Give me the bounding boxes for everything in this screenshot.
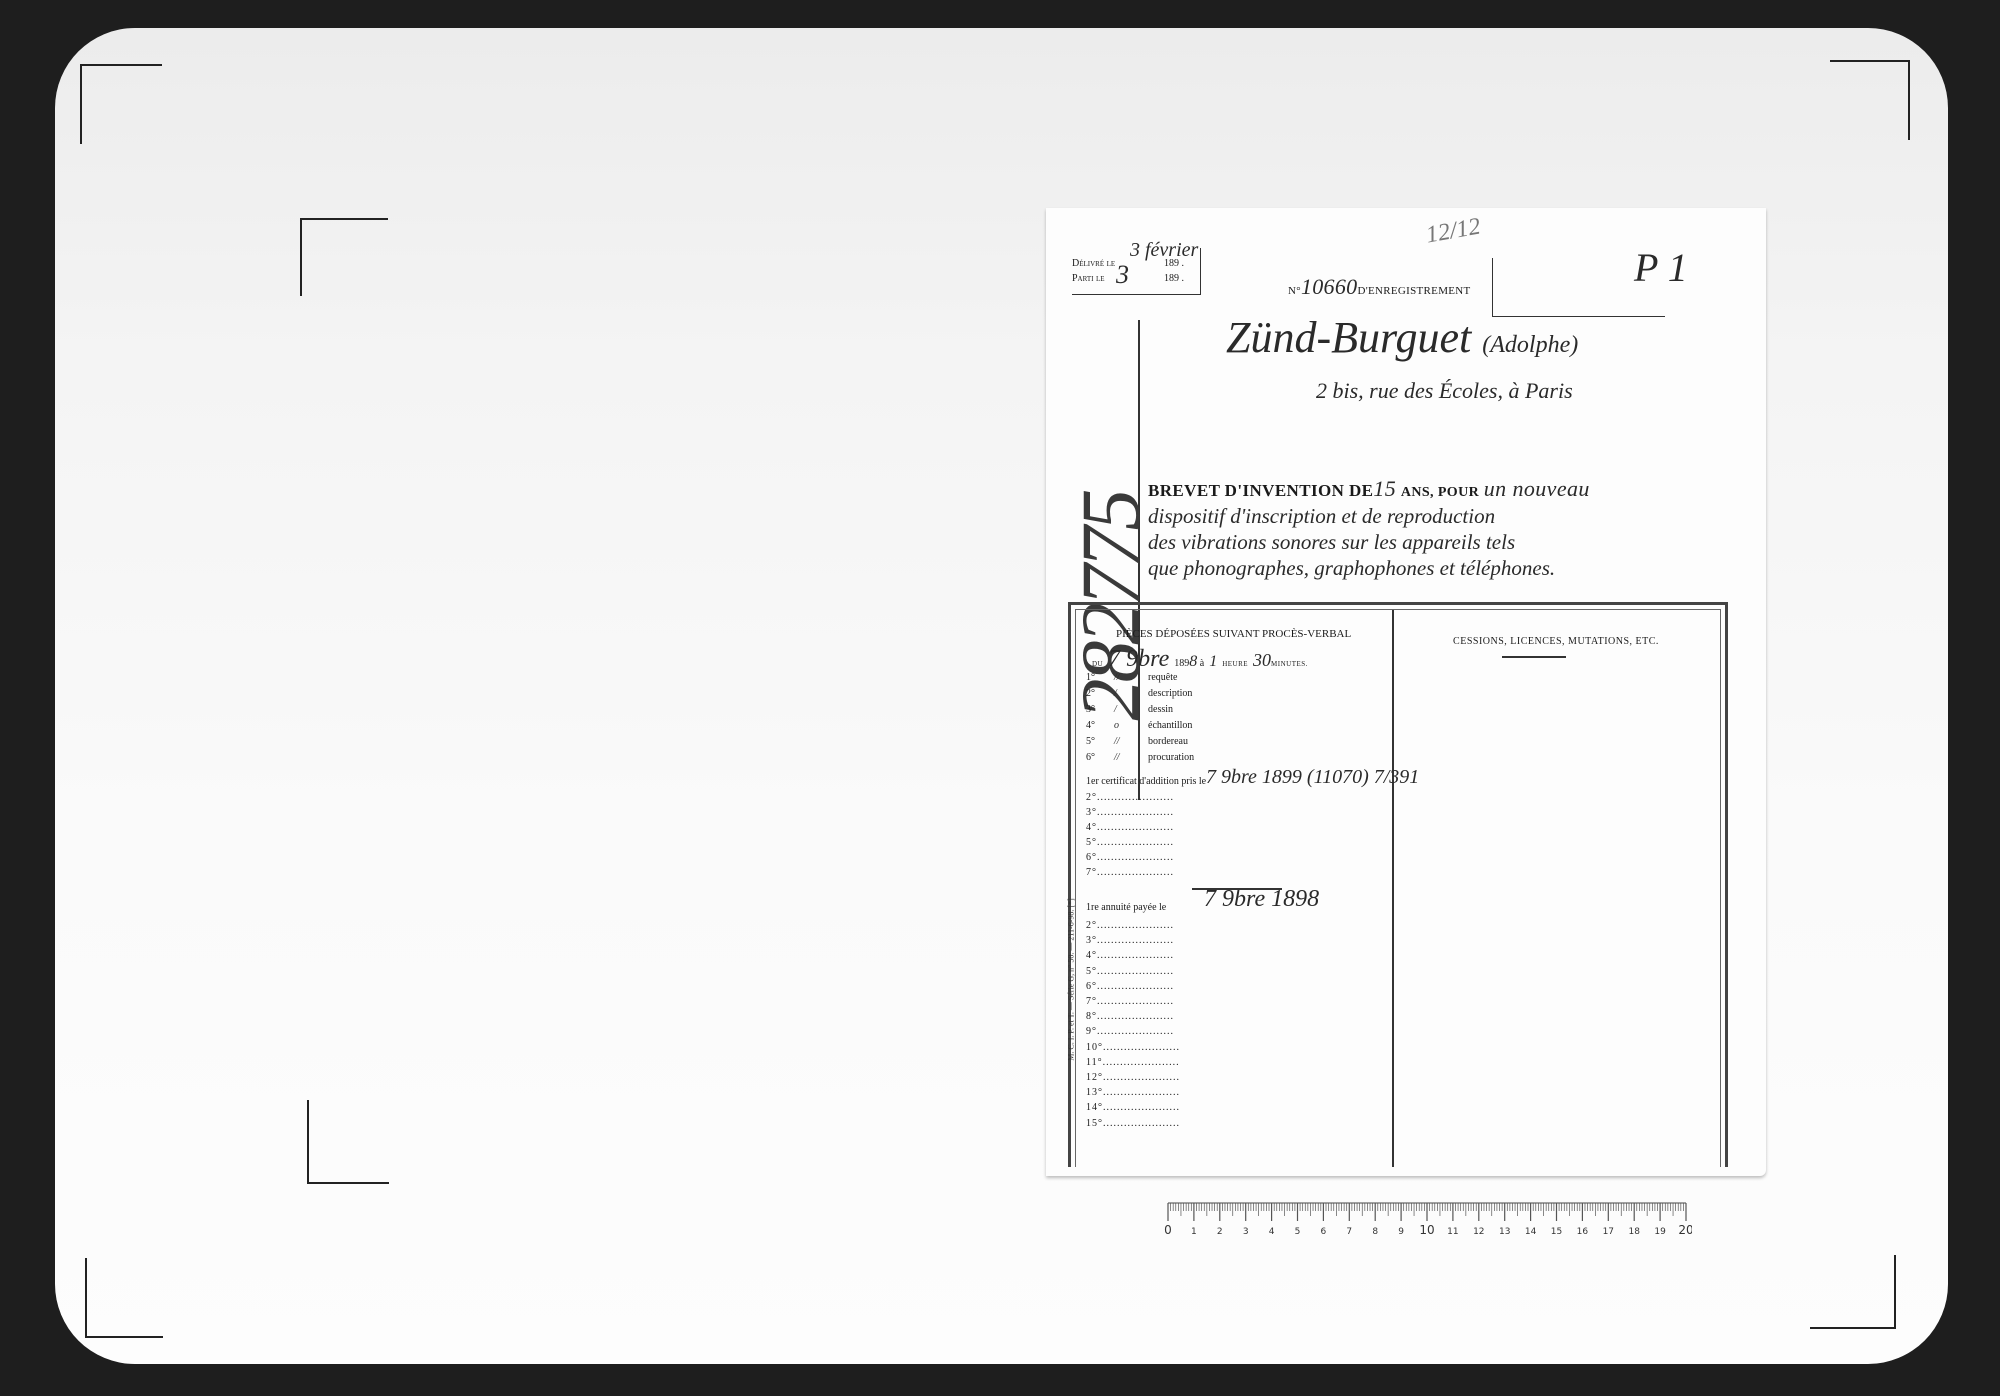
svg-text:15: 15 xyxy=(1551,1227,1562,1237)
annuity-row: 14°...................... xyxy=(1086,1102,1180,1113)
column-divider xyxy=(1392,610,1394,1167)
annuity-row: 7°...................... xyxy=(1086,996,1174,1007)
certificate-row: 7°...................... xyxy=(1086,867,1174,878)
description-line: des vibrations sonores sur les appareils… xyxy=(1148,530,1515,555)
pieces-minutes-handwritten: 30 xyxy=(1253,650,1271,670)
parti-year: 189 . xyxy=(1164,273,1184,284)
certificate-first-label: 1er certificat d'addition pris le xyxy=(1086,776,1206,787)
patentee-surname: Zünd-Burguet xyxy=(1226,313,1471,362)
du-label: DU xyxy=(1092,660,1103,668)
svg-text:1: 1 xyxy=(1191,1227,1197,1237)
pieces-date-line: DU 7 9bre 1898 à 1 HEURE 30MINUTES. xyxy=(1092,646,1308,673)
brevet-years: 15 xyxy=(1373,476,1396,501)
parti-row: Parti le 189 . xyxy=(1072,273,1105,284)
piece-row: 5°//bordereau xyxy=(1086,736,1188,747)
pieces-year-handwritten: 8 xyxy=(1189,653,1197,670)
description-line: que phonographes, graphophones et téléph… xyxy=(1148,556,1555,581)
svg-text:10: 10 xyxy=(1419,1223,1434,1237)
annuity-first-label: 1re annuité payée le xyxy=(1086,902,1166,913)
delivered-label: Délivré le xyxy=(1072,258,1115,269)
piece-row: 1°//requête xyxy=(1086,672,1177,683)
registration-mark-top-right xyxy=(1830,60,1910,140)
pieces-year: 189 xyxy=(1174,658,1189,669)
parti-date-handwritten: 3 xyxy=(1116,262,1129,288)
svg-text:3: 3 xyxy=(1243,1227,1249,1237)
registration-mark-top-left xyxy=(80,64,162,144)
piece-row: 3°/dessin xyxy=(1086,704,1173,715)
annuity-row: 13°...................... xyxy=(1086,1087,1180,1098)
svg-text:19: 19 xyxy=(1654,1227,1666,1237)
patentee-address: 2 bis, rue des Écoles, à Paris xyxy=(1316,378,1573,404)
registration-prefix: N° xyxy=(1288,285,1301,297)
svg-text:4: 4 xyxy=(1269,1227,1275,1237)
svg-text:17: 17 xyxy=(1603,1227,1614,1237)
description-line: un nouveau xyxy=(1484,476,1590,501)
svg-text:12: 12 xyxy=(1473,1227,1484,1237)
description-line: dispositif d'inscription et de reproduct… xyxy=(1148,504,1495,529)
svg-text:16: 16 xyxy=(1577,1227,1589,1237)
patent-card: Délivré le 189 . Parti le 189 . 3 févrie… xyxy=(1046,208,1766,1176)
hour-label: HEURE xyxy=(1222,660,1248,668)
parti-label: Parti le xyxy=(1072,273,1105,284)
brevet-title: BREVET D'INVENTION DE15 ANS, POUR un nou… xyxy=(1148,476,1590,502)
certificate-row: 2°...................... xyxy=(1086,792,1174,803)
annuity-first-handwritten: 7 9bre 1898 xyxy=(1204,886,1319,913)
annuity-row: 15°...................... xyxy=(1086,1118,1180,1129)
svg-text:0: 0 xyxy=(1164,1223,1172,1237)
annuity-row: 5°...................... xyxy=(1086,966,1174,977)
piece-row: 2°/description xyxy=(1086,688,1192,699)
register-table-inner: PIÈCES DÉPOSÉES SUIVANT PROCÈS-VERBAL DU… xyxy=(1075,609,1721,1167)
certificate-first-handwritten: 7 9bre 1899 (11070) 7/391 xyxy=(1206,766,1419,789)
brevet-label-1: BREVET D'INVENTION DE xyxy=(1148,481,1373,500)
annuity-row: 9°...................... xyxy=(1086,1026,1174,1037)
certificate-row: 6°...................... xyxy=(1086,852,1174,863)
svg-text:8: 8 xyxy=(1372,1227,1378,1237)
svg-text:9: 9 xyxy=(1398,1227,1404,1237)
annuity-row: 4°...................... xyxy=(1086,950,1174,961)
delivered-date-handwritten: 3 février xyxy=(1130,240,1198,260)
pieces-hour-handwritten: 1 xyxy=(1209,653,1217,670)
annuity-row: 8°...................... xyxy=(1086,1011,1174,1022)
minutes-label: MINUTES. xyxy=(1271,660,1308,668)
registration-mark-inner-bottom-left xyxy=(307,1100,389,1184)
side-imprint: M. C. I. P. et T. — Série G, n° 50. — 21… xyxy=(1067,770,1076,1190)
piece-row: 6°//procuration xyxy=(1086,752,1194,763)
registration-number: N°10660D'ENREGISTREMENT xyxy=(1288,274,1471,300)
certificate-row: 5°...................... xyxy=(1086,837,1174,848)
scale-ruler: 01234567891011121314151617181920 xyxy=(1162,1200,1692,1240)
svg-text:18: 18 xyxy=(1628,1227,1640,1237)
delivered-row: Délivré le 189 . xyxy=(1072,258,1115,269)
registration-number-handwritten: 10660 xyxy=(1301,274,1358,299)
a-label: à xyxy=(1200,658,1204,669)
svg-text:14: 14 xyxy=(1525,1227,1537,1237)
folio-mark: 12/12 xyxy=(1424,213,1483,249)
cessions-rule xyxy=(1502,656,1566,658)
svg-text:20: 20 xyxy=(1678,1223,1692,1237)
certificate-row: 3°...................... xyxy=(1086,807,1174,818)
registration-mark-bottom-left xyxy=(85,1258,163,1338)
annuity-row: 6°...................... xyxy=(1086,981,1174,992)
cessions-heading: CESSIONS, LICENCES, MUTATIONS, ETC. xyxy=(1392,636,1720,647)
pieces-heading: PIÈCES DÉPOSÉES SUIVANT PROCÈS-VERBAL xyxy=(1116,628,1351,640)
ruler-graphic: 01234567891011121314151617181920 xyxy=(1162,1200,1692,1240)
annuity-row: 11°...................... xyxy=(1086,1057,1180,1068)
svg-text:7: 7 xyxy=(1346,1227,1352,1237)
delivery-box: Délivré le 189 . Parti le 189 . 3 févrie… xyxy=(1072,248,1201,295)
svg-text:11: 11 xyxy=(1447,1227,1458,1237)
brevet-label-2: ANS, POUR xyxy=(1401,485,1479,500)
box-mark: P 1 xyxy=(1634,244,1688,291)
svg-text:13: 13 xyxy=(1499,1227,1510,1237)
registration-label: D'ENREGISTREMENT xyxy=(1357,285,1470,297)
annuity-row: 10°...................... xyxy=(1086,1042,1180,1053)
patentee-given-name: (Adolphe) xyxy=(1482,332,1578,358)
patentee-name: Zünd-Burguet (Adolphe) xyxy=(1226,312,1578,363)
pieces-date-handwritten: 7 9bre xyxy=(1108,646,1169,672)
annuity-row: 2°...................... xyxy=(1086,920,1174,931)
annuity-row: 12°...................... xyxy=(1086,1072,1180,1083)
register-table: PIÈCES DÉPOSÉES SUIVANT PROCÈS-VERBAL DU… xyxy=(1068,602,1728,1167)
svg-text:6: 6 xyxy=(1321,1227,1327,1237)
annuity-row: 3°...................... xyxy=(1086,935,1174,946)
svg-text:2: 2 xyxy=(1217,1227,1223,1237)
registration-mark-inner-top-left xyxy=(300,218,388,296)
registration-mark-bottom-right xyxy=(1810,1255,1896,1329)
certificate-row: 4°...................... xyxy=(1086,822,1174,833)
svg-text:5: 5 xyxy=(1295,1227,1301,1237)
piece-row: 4°oéchantillon xyxy=(1086,720,1192,731)
